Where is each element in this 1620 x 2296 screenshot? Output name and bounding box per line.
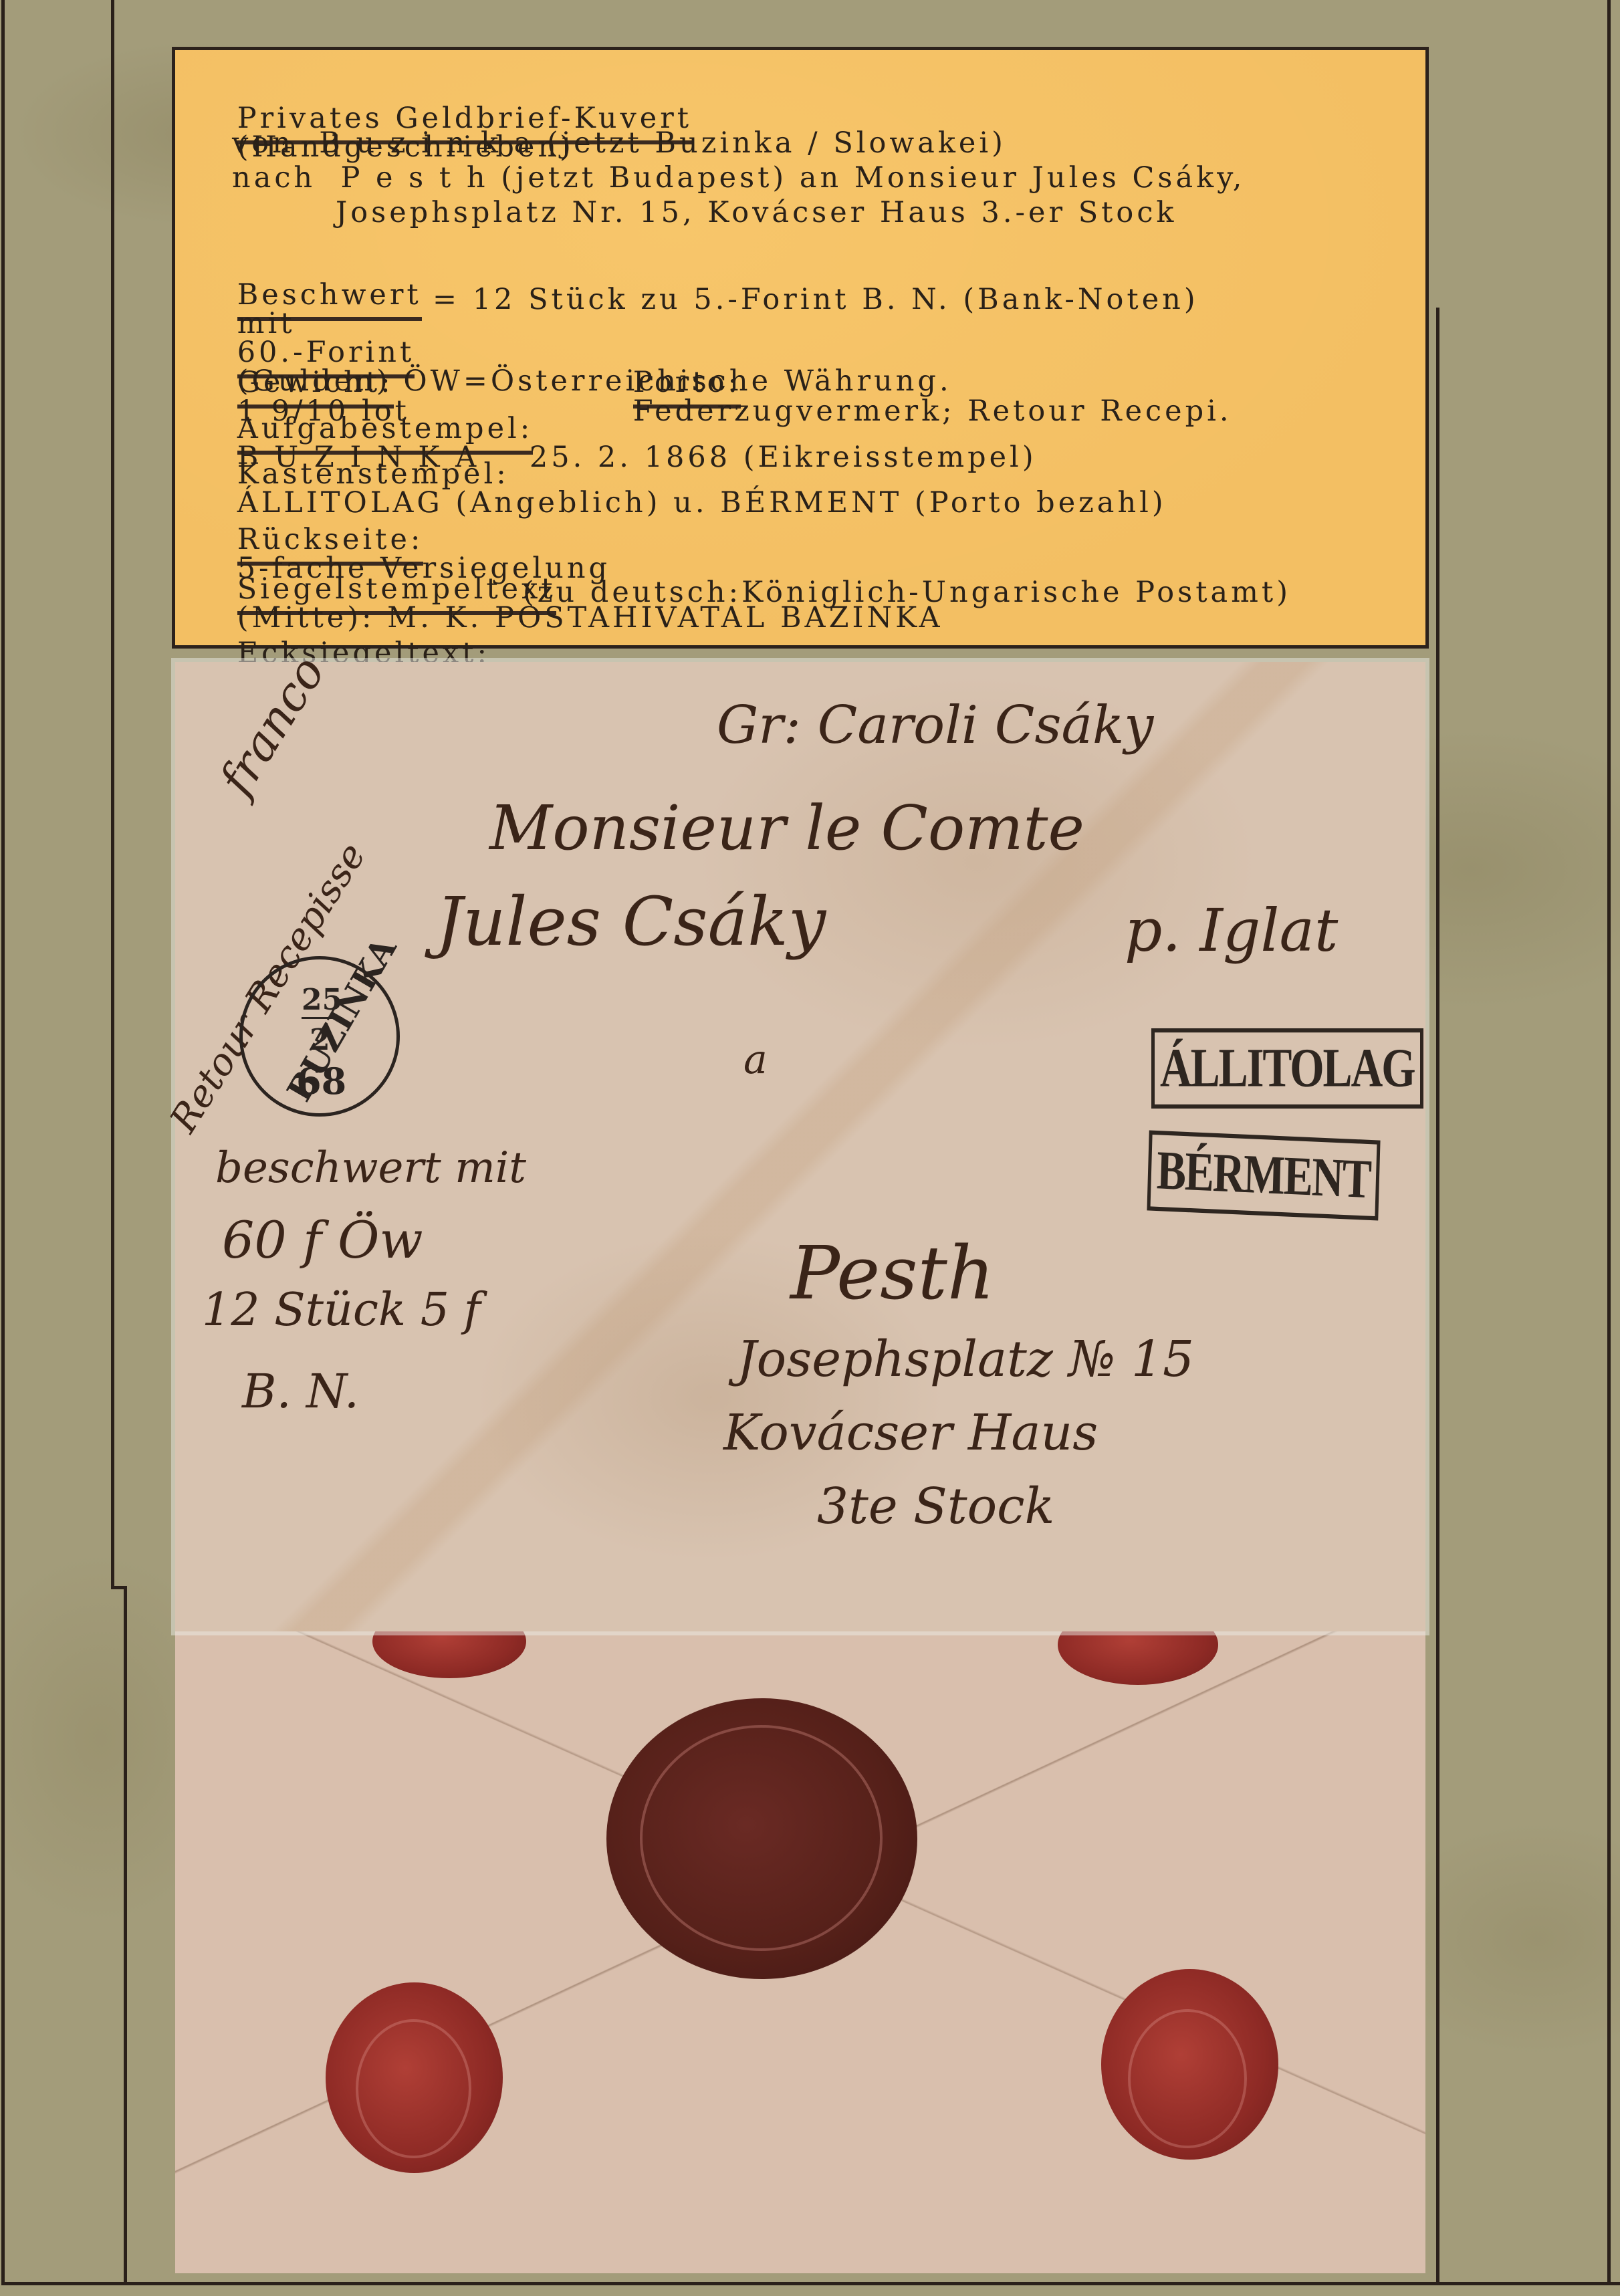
handwriting-franco: franco <box>209 647 336 804</box>
buzinka-circle-postmark: BUZINKA 25 2 68 <box>239 956 400 1117</box>
middle-mark: a <box>743 1036 768 1083</box>
value-note-line-2: 60 f Öw <box>222 1210 423 1270</box>
wax-seal-bottom-left <box>326 1982 503 2173</box>
page-border-bottom <box>1 2282 1620 2285</box>
allitolag-box-stamp: ÁLLITOLAG <box>1151 1028 1423 1109</box>
destination-floor: 3te Stock <box>817 1478 1054 1535</box>
destination-street: Josephsplatz № 15 <box>737 1331 1194 1388</box>
berment-box-stamp: BÉRMENT <box>1147 1130 1380 1220</box>
frame-line-left-lower <box>124 1586 127 2284</box>
frame-line-right <box>1436 308 1439 2284</box>
postmark-year: 68 <box>296 1060 346 1103</box>
value-note-line-3: 12 Stück 5 f <box>202 1284 481 1337</box>
value-note-line-1: beschwert mit <box>215 1143 526 1193</box>
value-note-line-4: B. N. <box>242 1364 359 1419</box>
to-line: nach P e s t h (jetzt Budapest) an Monsi… <box>232 164 1245 193</box>
weighted-detail: = 12 Stück zu 5.-Forint B. N. (Bank-Note… <box>433 285 1199 314</box>
addressee-note: p. Iglat <box>1125 896 1338 965</box>
description-card: Privates Geldbrief-Kuvert (Handgeschrieb… <box>172 47 1429 649</box>
page-border-left <box>1 0 5 2285</box>
seal-bottom-left-ring <box>356 2019 471 2158</box>
from-line: von B u z i n k a (jetzt Buzinka / Slowa… <box>232 129 1006 158</box>
addressee-line-2: Jules Csáky <box>436 883 826 961</box>
addressee-line-1: Monsieur le Comte <box>489 792 1084 864</box>
handwriting-sender: Gr: Caroli Csáky <box>717 695 1153 756</box>
postmark-day: 25 <box>302 983 342 1019</box>
seal-bottom-right-ring <box>1128 2009 1247 2148</box>
envelope-front: franco Retour Recepisse Gr: Caroli Csáky… <box>175 662 1425 1631</box>
seal-text-translation: (zu deutsch:Königlich-Ungarische Postamt… <box>523 578 1291 607</box>
envelope-back <box>175 1631 1425 2273</box>
address-line: Josephsplatz Nr. 15, Kovácser Haus 3.-er… <box>336 199 1177 227</box>
seal-center-ring <box>640 1725 883 1951</box>
destination-house: Kovácser Haus <box>723 1404 1098 1462</box>
page-border-right <box>1607 0 1611 2285</box>
destination-city: Pesth <box>790 1230 995 1316</box>
wax-seal-center <box>606 1698 917 1979</box>
postmark-month: 2 <box>310 1023 330 1057</box>
frame-line-left-upper <box>111 0 114 1587</box>
wax-seal-bottom-right <box>1101 1969 1278 2160</box>
